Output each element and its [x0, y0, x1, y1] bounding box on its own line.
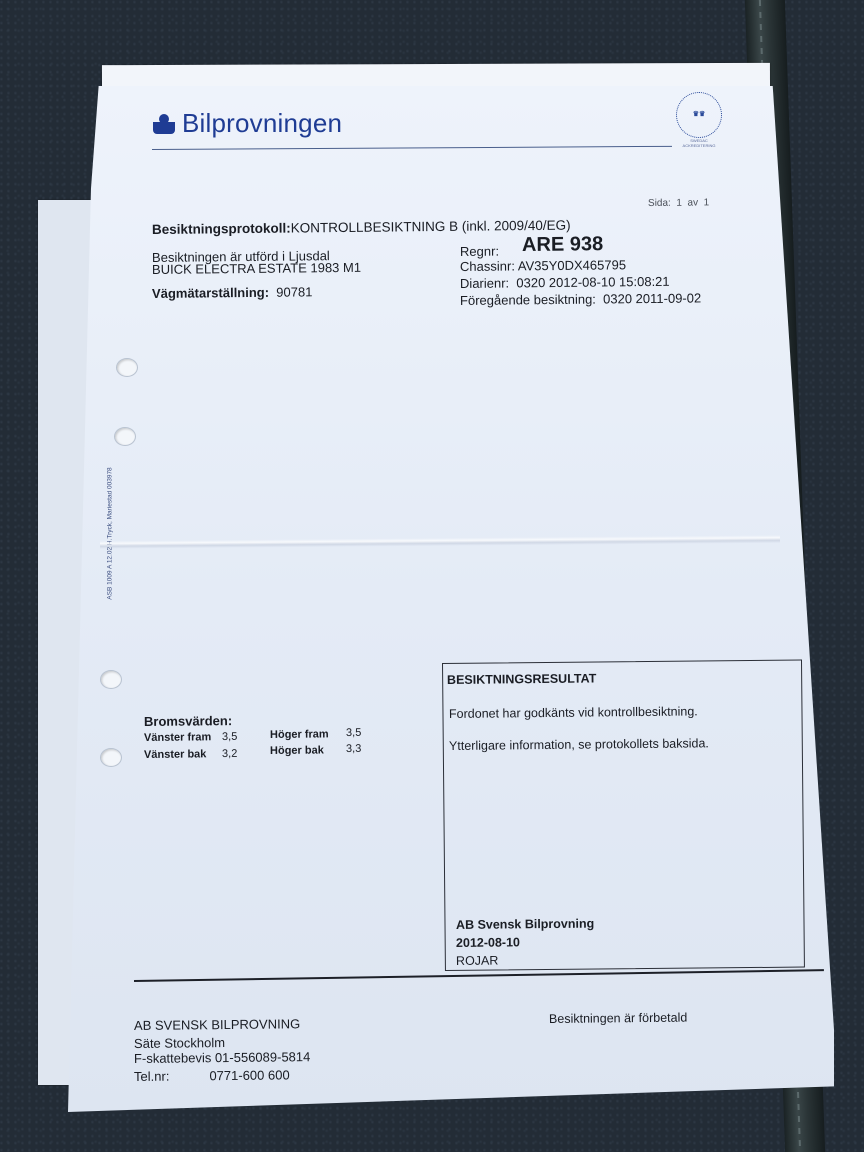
page-indicator: Sida: 1 av 1 [648, 197, 709, 209]
brake-value-left-rear: 3,2 [222, 748, 237, 760]
bilprovningen-logo-icon [152, 114, 176, 134]
protocol-type: Besiktningsprotokoll:KONTROLLBESIKTNING … [152, 218, 571, 237]
brake-label-left-front: Vänster fram [144, 731, 211, 744]
regnr-label: Regnr: [460, 244, 499, 259]
vehicle-model: BUICK ELECTRA ESTATE 1983 M1 [152, 260, 361, 277]
result-info-text: Ytterligare information, se protokollets… [449, 736, 709, 753]
brake-value-right-front: 3,5 [346, 727, 361, 739]
result-approved-text: Fordonet har godkänts vid kontrollbesikt… [449, 704, 698, 721]
odometer-reading: Vägmätarställning: 90781 [152, 284, 313, 301]
brake-value-right-rear: 3,3 [346, 743, 361, 755]
footer-tax-id: F-skattebevis 01-556089-5814 [134, 1049, 310, 1066]
brake-label-right-front: Höger fram [270, 728, 329, 741]
chassis-number: Chassinr: AV35Y0DX465795 [460, 257, 626, 274]
regnr-value: ARE 938 [522, 233, 603, 257]
document-content: Bilprovningen ♛♛ SWEDAC ACKREDITERING Si… [0, 0, 864, 1152]
paper-fold-crease [100, 535, 780, 549]
footer-seat: Säte Stockholm [134, 1035, 225, 1051]
punch-hole [114, 427, 136, 446]
footer-company: AB SVENSK BILPROVNING [134, 1016, 300, 1033]
punch-hole [100, 748, 122, 767]
signature-company: AB Svensk Bilprovning [456, 917, 594, 932]
form-print-code: ASB 1009 A 12.02 H.Tryck, Mariestad 0039… [107, 464, 114, 604]
diary-number: Diarienr: 0320 2012-08-10 15:08:21 [460, 274, 670, 291]
signature-inspector: ROJAR [456, 954, 499, 968]
brake-label-right-rear: Höger bak [270, 744, 324, 757]
footer-divider [134, 969, 824, 982]
punch-hole [116, 358, 138, 377]
result-title: BESIKTNINGSRESULTAT [447, 671, 596, 687]
brake-label-left-rear: Vänster bak [144, 748, 206, 761]
bilprovningen-logo: Bilprovningen [152, 108, 342, 139]
brake-values-title: Bromsvärden: [144, 713, 232, 729]
signature-date: 2012-08-10 [456, 935, 520, 950]
prepaid-notice: Besiktningen är förbetald [549, 1011, 687, 1026]
footer-phone: Tel.nr:0771-600 600 [134, 1067, 290, 1084]
swedac-seal-icon: ♛♛ [676, 92, 722, 138]
previous-inspection: Föregående besiktning: 0320 2011-09-02 [460, 290, 701, 308]
accreditation-label: SWEDAC ACKREDITERING [674, 138, 724, 148]
brand-name: Bilprovningen [182, 108, 342, 139]
punch-hole [100, 670, 122, 689]
header-divider [152, 146, 672, 150]
brake-value-left-front: 3,5 [222, 731, 237, 743]
